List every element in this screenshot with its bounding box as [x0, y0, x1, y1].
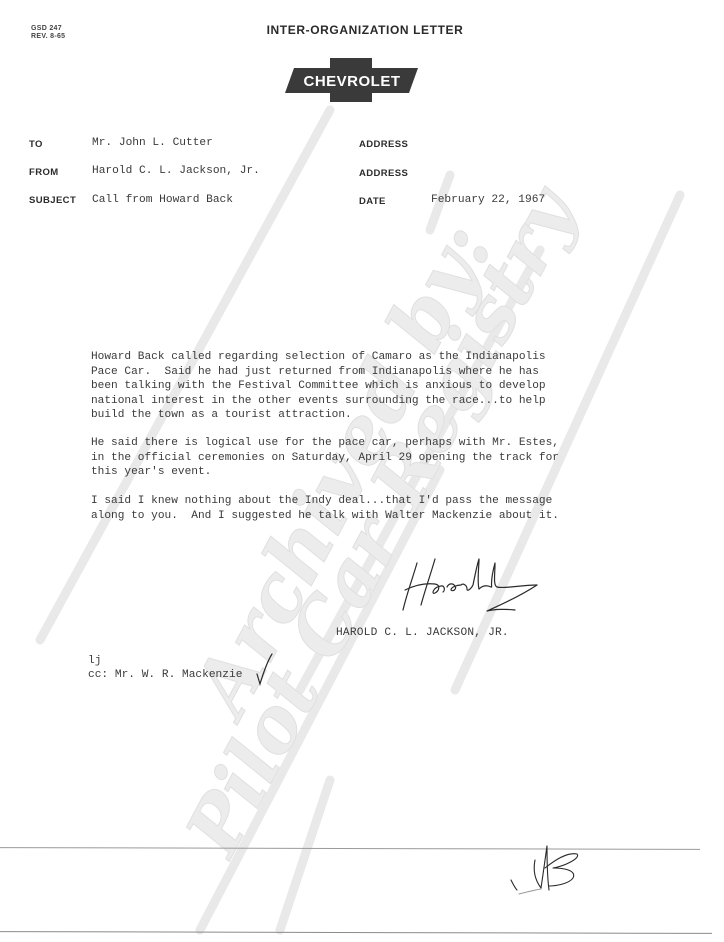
bottom-edge-line: [0, 931, 712, 934]
to-value: Mr. John L. Cutter: [92, 137, 213, 149]
body-paragraph-2: He said there is logical use for the pac…: [91, 436, 559, 480]
to-label: TO: [29, 139, 43, 150]
subject-label: SUBJECT: [29, 195, 76, 206]
handwritten-signature: Harold: [395, 555, 545, 620]
date-value: February 22, 1967: [431, 194, 545, 206]
cc-line: cc: Mr. W. R. Mackenzie: [88, 669, 242, 681]
address-label-1: ADDRESS: [359, 139, 408, 150]
address-label-2: ADDRESS: [359, 168, 408, 179]
subject-value: Call from Howard Back: [92, 194, 233, 206]
handwritten-initials: JHB: [505, 840, 585, 895]
chevrolet-bowtie-logo: CHEVROLET: [284, 56, 420, 104]
checkmark-icon: [255, 652, 275, 686]
body-paragraph-1: Howard Back called regarding selection o…: [91, 350, 546, 423]
date-label: DATE: [359, 196, 386, 207]
logo-text: CHEVROLET: [303, 73, 400, 90]
watermark-stroke: [200, 470, 440, 930]
body-paragraph-3: I said I knew nothing about the Indy dea…: [91, 494, 559, 523]
fold-line: [0, 847, 700, 850]
document-title: INTER-ORGANIZATION LETTER: [0, 23, 724, 37]
typist-initials: lj: [88, 655, 101, 667]
from-value: Harold C. L. Jackson, Jr.: [92, 165, 260, 177]
watermark-stroke: [280, 780, 330, 930]
typed-signature-name: HAROLD C. L. JACKSON, JR.: [336, 627, 509, 639]
from-label: FROM: [29, 167, 59, 178]
